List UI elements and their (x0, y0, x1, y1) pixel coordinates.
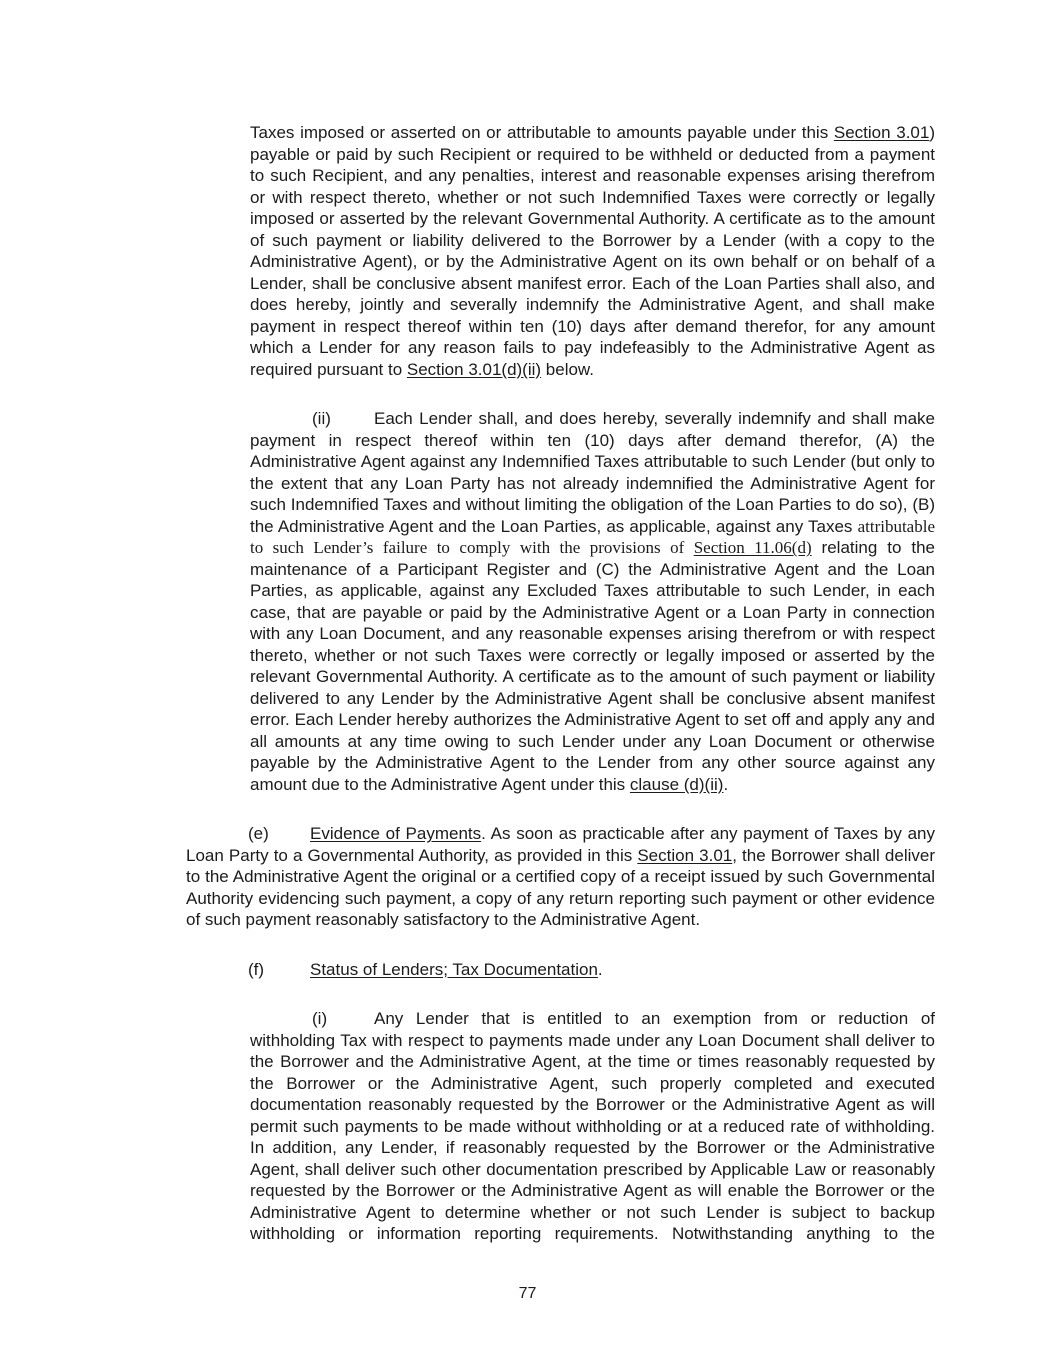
paragraph-tax-indemnity-continuation: Taxes imposed or asserted on or attribut… (250, 122, 935, 380)
document-body: Taxes imposed or asserted on or attribut… (186, 122, 935, 1303)
ref-section-11-06-d: Section 11.06(d) (694, 538, 812, 557)
paragraph-d-ii-lender-indemnity: (ii)Each Lender shall, and does hereby, … (250, 408, 935, 795)
paragraph-f-i-lender-documentation: (i)Any Lender that is entitled to an exe… (250, 1008, 935, 1245)
text-segment: . (598, 960, 603, 979)
paragraph-label: (ii) (312, 408, 374, 430)
page-number: 77 (519, 1285, 537, 1302)
text-segment: relating to the maintenance of a Partici… (250, 538, 935, 794)
text-segment: below. (541, 360, 594, 379)
paragraph-label: (f) (248, 959, 310, 981)
text-segment: ) payable or paid by such Recipient or r… (250, 123, 935, 379)
paragraph-label: (i) (312, 1008, 374, 1030)
ref-section-3-01-d-ii: Section 3.01(d)(ii) (407, 360, 541, 379)
ref-section-3-01: Section 3.01 (834, 123, 929, 142)
paragraph-f-status-of-lenders-heading: (f)Status of Lenders; Tax Documentation. (186, 959, 935, 981)
text-segment: . (723, 775, 728, 794)
document-page: Taxes imposed or asserted on or attribut… (0, 0, 1055, 1365)
heading-status-of-lenders: Status of Lenders; Tax Documentation (310, 960, 598, 979)
text-segment: Any Lender that is entitled to an exempt… (250, 1009, 935, 1243)
text-segment: Taxes imposed or asserted on or attribut… (250, 123, 834, 142)
heading-evidence-of-payments: Evidence of Payments (310, 824, 481, 843)
ref-clause-d-ii: clause (d)(ii) (630, 775, 724, 794)
paragraph-label: (e) (248, 823, 310, 845)
paragraph-e-evidence-of-payments: (e)Evidence of Payments. As soon as prac… (186, 823, 935, 931)
ref-section-3-01-e: Section 3.01 (637, 846, 732, 865)
page-footer: 77 (0, 1285, 1055, 1303)
